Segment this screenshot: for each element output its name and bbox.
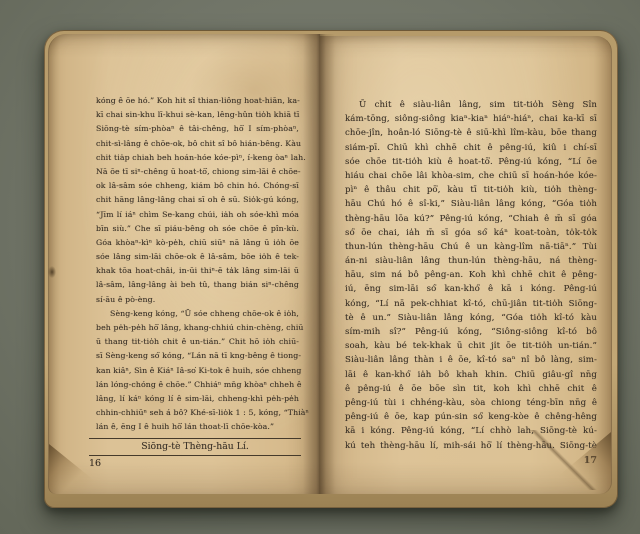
text-line: pêng-iú tùi i chhéng-kàu, sòa chiong tén… <box>345 396 597 410</box>
text-line: lâ-sâm, lâng-lâng ài beh tû, thang bián … <box>96 278 299 292</box>
text-line: lán ê, ēng I ê huih hō͘ lán thoat-lī chō… <box>96 420 299 434</box>
paper-blemish <box>48 266 56 278</box>
text-line: án-ni siàu-liân lâng thun-lún thèng-hāu,… <box>345 254 597 268</box>
text-line: tè ê un.” Siàu-liân lâng kóng, “Góa tio̍… <box>345 311 597 325</box>
text-line: chit hāng lâng-lâng chai sī oh ê sū. Sio… <box>96 193 299 207</box>
text-line: ok lâ-sâm sóe chheng, kiám bô chin hó. C… <box>96 179 299 193</box>
text-line: thun-lún thèng-hāu Chú ê un kàng-lîm nā-… <box>345 240 597 254</box>
text-line: hiáu chai chōe lâi khòa-sim, che chiū sī… <box>345 169 597 183</box>
text-line: sóe chōe tit-tio̍h kiù ê hoat-tō͘. Pêng-… <box>345 155 597 169</box>
text-line: Siàu-liân lâng thàn i ê ōe, kî-tó saⁿ nî… <box>345 353 597 367</box>
page-17-text: Ū chit ê siàu-liân lâng, sim tit-tio̍h S… <box>345 98 597 453</box>
text-line: soah, kàu bé tek-khak ū chit ji̍t ōe tit… <box>345 339 597 353</box>
text-line: sóe lâng sim-lāi chōe-ok ê lâ-sâm, bōe i… <box>96 250 299 264</box>
text-line: chit tia̍p chiah beh hoán-hóe kóe-pìⁿ, í… <box>96 151 299 165</box>
text-line: sí-āu ê pò-èng. <box>96 293 299 307</box>
book-page-left: kóng ê ōe hó.” Koh hit sî thian-liông ho… <box>48 34 320 494</box>
running-footer-title: Siōng-tè Thèng-hāu Lí. <box>89 439 301 455</box>
text-line: chhin-chhiūⁿ seh á bô? Khé-sī-lio̍k 1 : … <box>96 406 299 420</box>
text-line: thèng-hāu lōa kú?” Pêng-iú kóng, “Chiah … <box>345 212 597 226</box>
text-line: pìⁿ ê thâu chit pō͘, kàu tī tit-tio̍h ki… <box>345 183 597 197</box>
text-line: iú, ēng sim-lāi só͘ kan-khó͘ ê kā i kóng… <box>345 282 597 296</box>
text-line: beh pe̍h-pe̍h hō͘ lâng, khang-chhiú chin… <box>96 321 299 335</box>
text-line: kī chai sin-khu lī-khui sè-kan, lêng-hûn… <box>96 108 299 122</box>
text-line: sī Sèng-keng só͘ kóng, “Lán nā tī kng-bê… <box>96 349 299 363</box>
book-page-right: Ū chit ê siàu-liân lâng, sim tit-tio̍h S… <box>319 36 612 494</box>
text-line: kan kiâⁿ, Sìn ê Kiáⁿ Iâ-so͘ Ki-tok ê hui… <box>96 364 299 378</box>
text-line: kā i kóng. Pêng-iú kóng, “Lí chhò lah, S… <box>345 424 597 438</box>
text-line: Ū chit ê siàu-liân lâng, sim tit-tio̍h S… <box>345 98 597 112</box>
text-line: kú teh thèng-hāu lí, mih-sái hō͘ lí thèn… <box>345 439 597 453</box>
text-line: ê pêng-iú ê ōe bōe sìn tit, koh khì chhē… <box>345 382 597 396</box>
open-book-photo: kóng ê ōe hó.” Koh hit sî thian-liông ho… <box>0 0 640 534</box>
text-line: kóng, “Lí nā pek-chhiat kî-tó, chū-jiân … <box>345 297 597 311</box>
text-line: Siōng-tè sím-phòaⁿ ê tâi-chêng, hō͘ I sí… <box>96 122 299 136</box>
text-line: Sèng-keng kóng, “Ū sóe chheng chōe-ok ê … <box>96 307 299 321</box>
text-line: hāu Chú hó ê sî-ki,” Siàu-liân lâng kóng… <box>345 197 597 211</box>
footer-rule-bottom <box>89 455 301 456</box>
text-line: chōe-jîn, hoân-ló Siōng-tè ê siū-khì lîm… <box>345 126 597 140</box>
page-number-17: 17 <box>345 455 597 466</box>
text-line: só͘ ōe chai, ia̍h m̄ sī góa só͘ káⁿ koat… <box>345 226 597 240</box>
page-16-text: kóng ê ōe hó.” Koh hit sî thian-liông ho… <box>96 94 299 435</box>
text-line: kóng ê ōe hó.” Koh hit sî thian-liông ho… <box>96 94 299 108</box>
text-line: pêng-iú ê ōe, kap pún-sin só͘ keng-kòe ê… <box>345 410 597 424</box>
page-number-16: 16 <box>89 458 101 469</box>
text-line: “Jīm lí iáⁿ chìm Se-kang chúi, ia̍h oh s… <box>96 208 299 222</box>
text-line: Nā ōe tī siⁿ-chêng ū hoat-tō͘, chiong si… <box>96 165 299 179</box>
text-line: bīn siù.” Che sī piáu-bêng oh sóe chōe ê… <box>96 222 299 236</box>
text-line: Góa khòaⁿ-kìⁿ kò-pe̍h, chiū siūⁿ nā lâng… <box>96 236 299 250</box>
text-line: khak tōa hoat-châi, in-ūi thiⁿ-ē ta̍k lâ… <box>96 264 299 278</box>
text-line: kám-tōng, siông-siông kiaⁿ-kiaⁿ hiáⁿ-hiá… <box>345 112 597 126</box>
text-line: lán lóng-chóng ê chōe.” Chhiáⁿ mn̄g khòa… <box>96 378 299 392</box>
text-line: chit-sì-lâng ê chōe-ok, bô chit sî bô hi… <box>96 137 299 151</box>
text-line: sím-mih sî?” Pêng-iú kóng, “Siông-siông … <box>345 325 597 339</box>
text-line: lâng, lí káⁿ kóng lí ê sim-lāi, chheng-k… <box>96 392 299 406</box>
text-line: ū thang tit-tio̍h chit ê un-tián.” Chit … <box>96 335 299 349</box>
text-line: hāu, sim ná bô pêng-an. Koh khì chhē chi… <box>345 268 597 282</box>
text-line: siám-pī. Chiū khì chhē chit ê pêng-iú, k… <box>345 141 597 155</box>
text-line: lāi ê kan-khó͘ ia̍h bô khah khin. Chiū g… <box>345 368 597 382</box>
